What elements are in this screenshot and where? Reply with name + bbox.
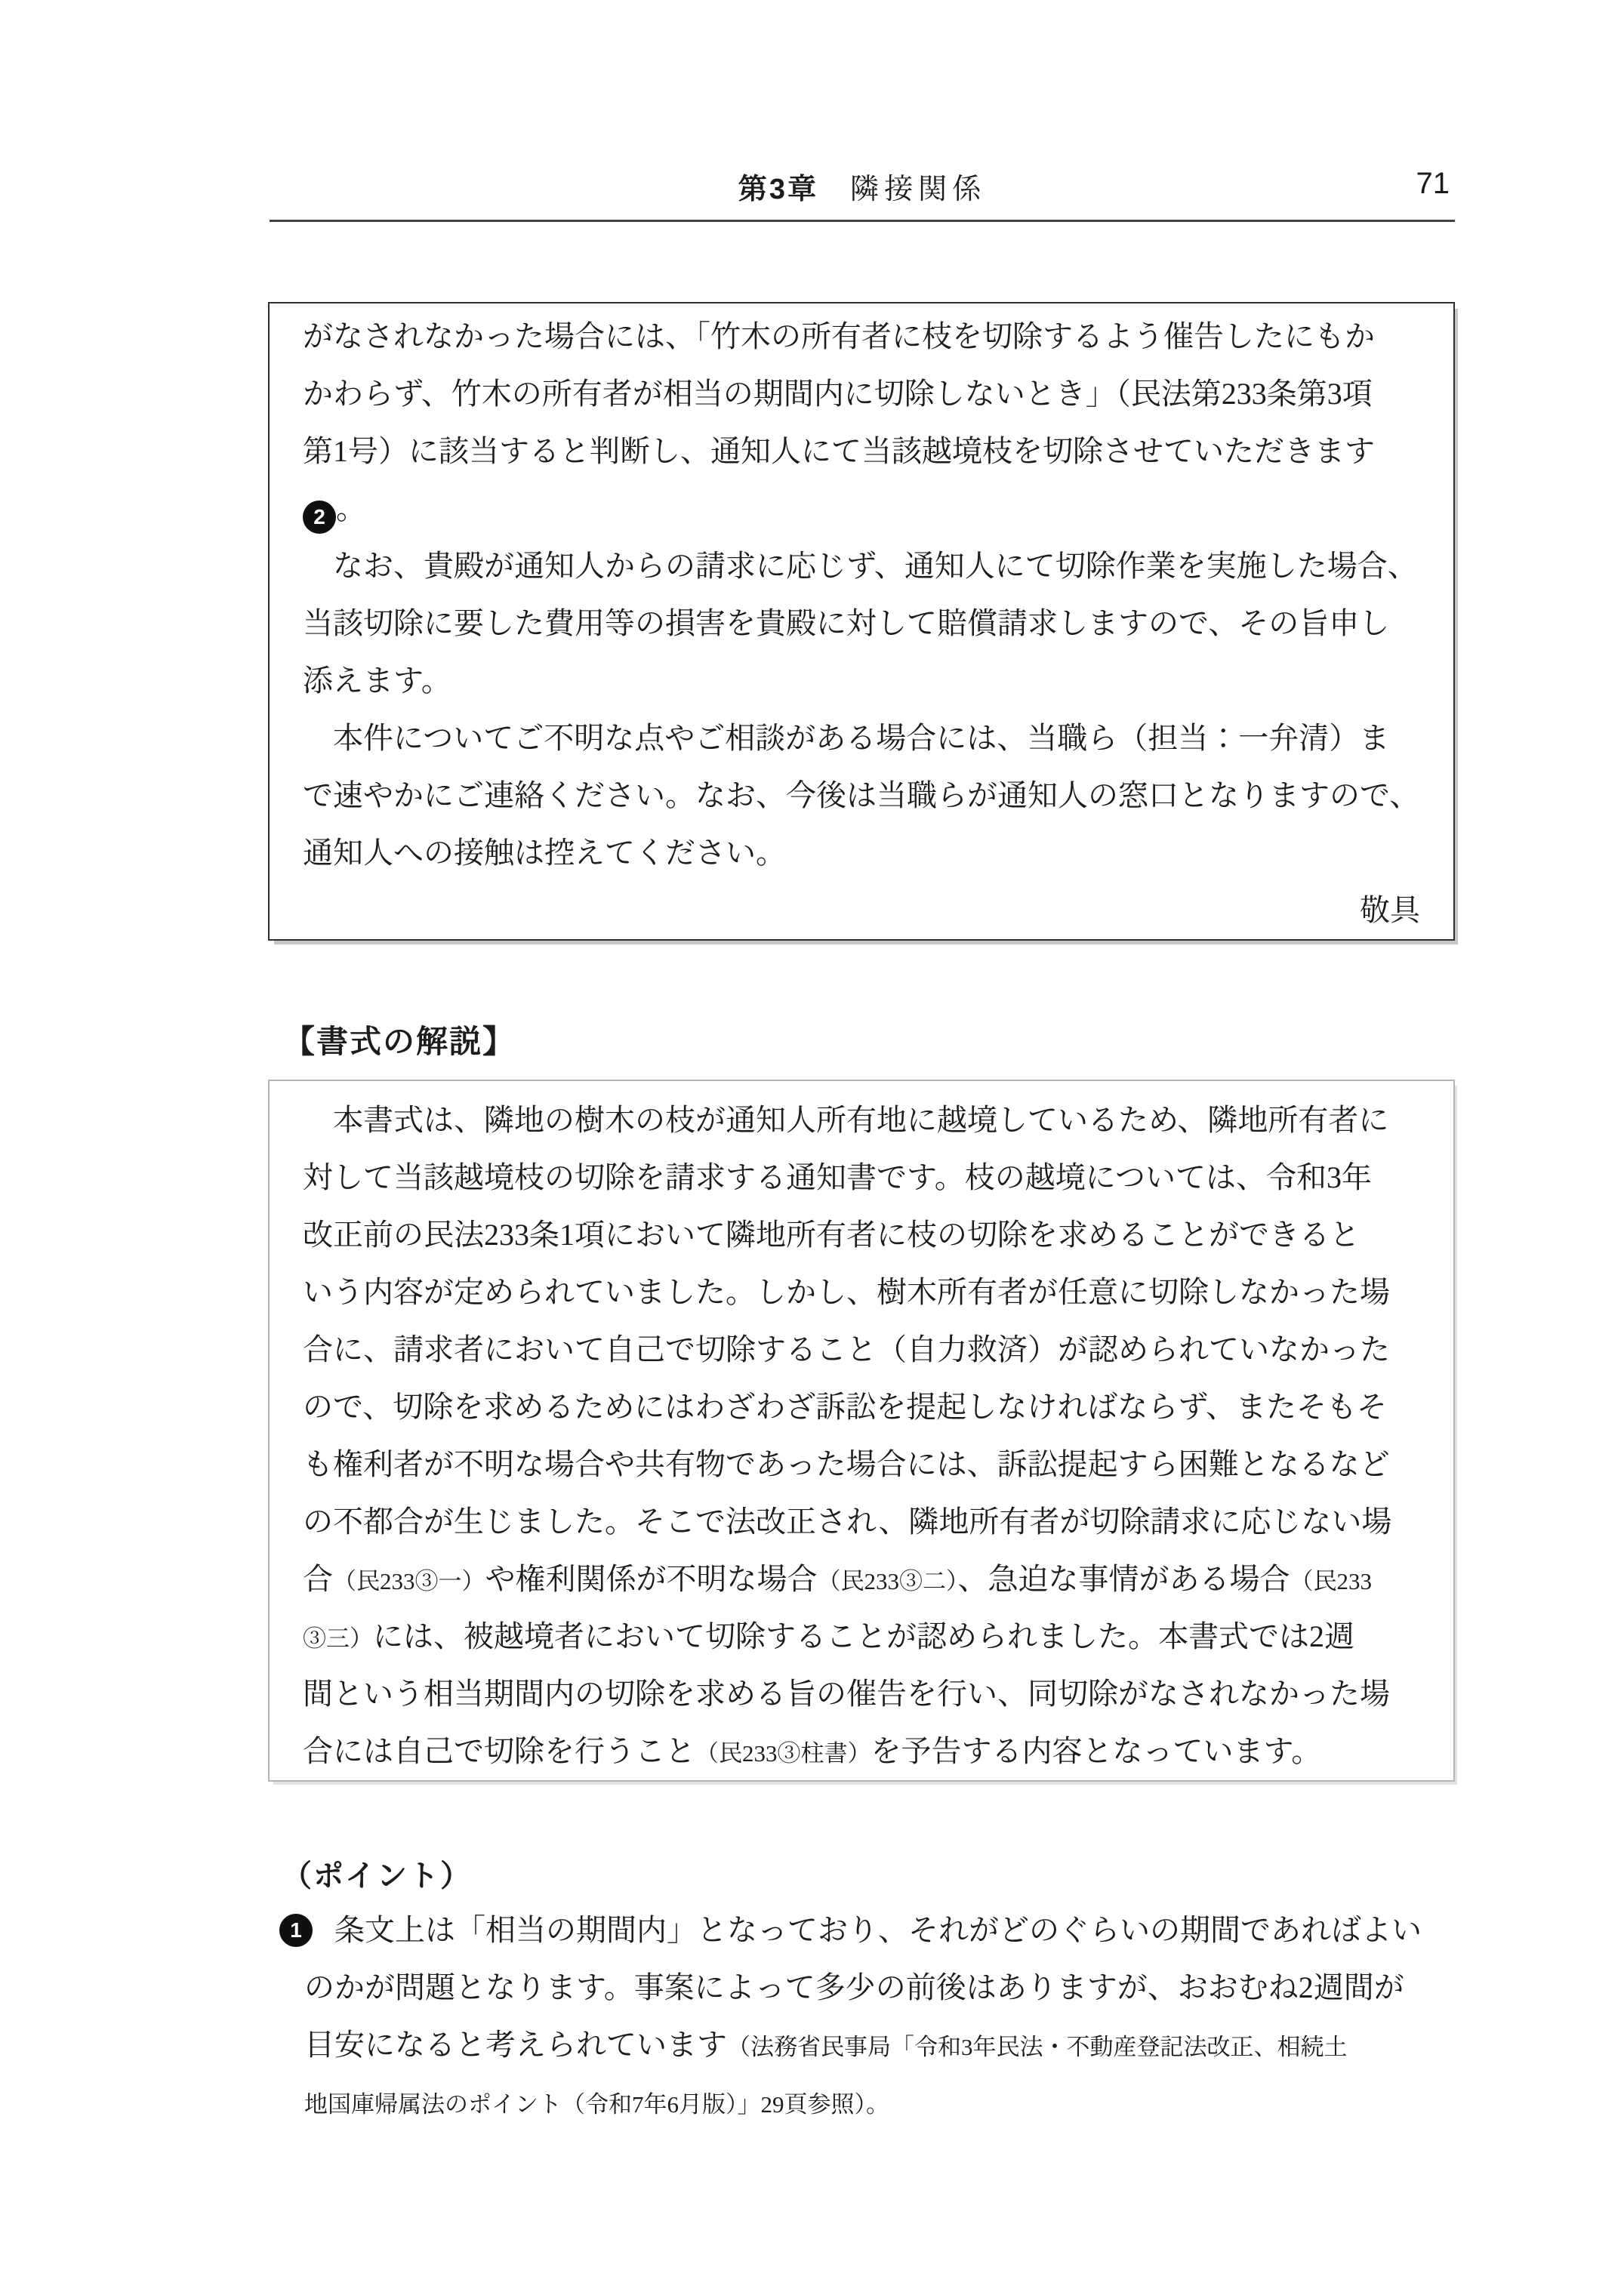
- body-text: 合には自己で切除を行うこと: [303, 1734, 695, 1768]
- body-text: 間という相当期間内の切除を求める旨の催告を行い、同切除がなされなかった場: [303, 1677, 1390, 1711]
- text-line: 当該切除に要した費用等の損害を貴殿に対して賠償請求しますので、その旨申し: [303, 595, 1420, 652]
- text-line: 地国庫帰属法のポイント（令和7年6月版）」29頁参照）。: [304, 2074, 1446, 2131]
- body-text: 第1号）に該当すると判断し、通知人にて当該越境枝を切除させていただきます: [303, 434, 1375, 468]
- body-text: のかが問題となります。事案によって多少の前後はありますが、おおむね2週間が: [304, 1970, 1404, 2004]
- text-line: 合（民233③一）や権利関係が不明な場合（民233③二）、急迫な事情がある場合（…: [303, 1551, 1420, 1608]
- body-text: 敬具: [1360, 893, 1420, 927]
- body-text: には、被越境者において切除することが認められました。本書式では2週: [373, 1619, 1354, 1653]
- small-reference-text: ③三）: [303, 1625, 373, 1652]
- body-text: なお、貴殿が通知人からの請求に応じず、通知人にて切除作業を実施した場合、: [303, 549, 1418, 583]
- text-line: 間という相当期間内の切除を求める旨の催告を行い、同切除がなされなかった場: [303, 1665, 1420, 1723]
- body-text: 合: [303, 1562, 333, 1596]
- small-reference-text: （民233③柱書）: [695, 1740, 871, 1767]
- text-line: 本書式は、隣地の樹木の枝が通知人所有地に越境しているため、隣地所有者に: [303, 1092, 1420, 1149]
- text-line: 本件についてご不明な点やご相談がある場合には、当職ら（担当：一弁清）ま: [303, 710, 1420, 767]
- text-line: なお、貴殿が通知人からの請求に応じず、通知人にて切除作業を実施した場合、: [303, 538, 1420, 595]
- point-1-text: 条文上は「相当の期間内」となっており、それがどのぐらいの期間であればよいのかが問…: [304, 1902, 1446, 2131]
- body-text: いう内容が定められていました。しかし、樹木所有者が任意に切除しなかった場: [303, 1275, 1390, 1309]
- small-reference-text: 地国庫帰属法のポイント（令和7年6月版）」29頁参照）。: [304, 2091, 889, 2118]
- format-explanation-box: 本書式は、隣地の樹木の枝が通知人所有地に越境しているため、隣地所有者に対して当該…: [268, 1080, 1455, 1782]
- small-reference-text: （法務省民事局「令和3年民法・不動産登記法改正、相続土: [727, 2034, 1348, 2060]
- text-line: も権利者が不明な場合や共有物であった場合には、訴訟提起すら困難となるなど: [303, 1436, 1420, 1493]
- text-line: 添えます。: [303, 652, 1420, 710]
- text-line: 通知人への接触は控えてください。: [303, 824, 1420, 882]
- text-line: で速やかにご連絡ください。なお、今後は当職らが通知人の窓口となりますので、: [303, 767, 1420, 824]
- chapter-name: 隣接関係: [850, 174, 986, 205]
- format-explanation-heading: 【書式の解説】: [283, 1017, 516, 1062]
- text-line: ので、切除を求めるためにはわざわざ訴訟を提起しなければならず、またそもそ: [303, 1379, 1420, 1436]
- text-line: ③三）には、被越境者において切除することが認められました。本書式では2週: [303, 1608, 1420, 1665]
- body-text: を予告する内容となっています。: [871, 1734, 1322, 1768]
- text-line: がなされなかった場合には、「竹木の所有者に枝を切除するよう催告したにもか: [303, 308, 1420, 365]
- text-line: のかが問題となります。事案によって多少の前後はありますが、おおむね2週間が: [304, 1959, 1446, 2016]
- text-line: 条文上は「相当の期間内」となっており、それがどのぐらいの期間であればよい: [304, 1902, 1446, 1959]
- body-text: 。: [336, 491, 366, 525]
- body-text: 当該切除に要した費用等の損害を貴殿に対して賠償請求しますので、その旨申し: [303, 606, 1389, 640]
- body-text: 対して当該越境枝の切除を請求する通知書です。枝の越境については、令和3年: [303, 1160, 1372, 1194]
- text-line: 2。: [303, 480, 1420, 538]
- text-line: 目安になると考えられています（法務省民事局「令和3年民法・不動産登記法改正、相続…: [304, 2016, 1446, 2074]
- body-text: で速やかにご連絡ください。なお、今後は当職らが通知人の窓口となりますので、: [303, 778, 1419, 812]
- text-line: 合には自己で切除を行うこと（民233③柱書）を予告する内容となっています。: [303, 1723, 1420, 1780]
- book-page: 第3章隣接関係 71 がなされなかった場合には、「竹木の所有者に枝を切除するよう…: [0, 0, 1624, 2292]
- header-rule: [270, 220, 1455, 222]
- body-text: 目安になると考えられています: [304, 2028, 727, 2062]
- body-text: 、急迫な事情がある場合: [958, 1562, 1290, 1596]
- text-line: 敬具: [303, 882, 1420, 939]
- body-text: の不都合が生じました。そこで法改正され、隣地所有者が切除請求に応じない場: [303, 1505, 1391, 1539]
- page-header-title: 第3章隣接関係: [270, 165, 1455, 207]
- text-line: 対して当該越境枝の切除を請求する通知書です。枝の越境については、令和3年: [303, 1149, 1420, 1206]
- small-reference-text: （民233③二）: [818, 1568, 958, 1594]
- text-line: かわらず、竹木の所有者が相当の期間内に切除しないとき」（民法第233条第3項: [303, 365, 1420, 423]
- body-text: 本書式は、隣地の樹木の枝が通知人所有地に越境しているため、隣地所有者に: [303, 1103, 1388, 1137]
- body-text: がなされなかった場合には、「竹木の所有者に枝を切除するよう催告したにもか: [303, 319, 1375, 353]
- point-item-1: 1 条文上は「相当の期間内」となっており、それがどのぐらいの期間であればよいのか…: [279, 1902, 1446, 2131]
- body-text: や権利関係が不明な場合: [485, 1562, 818, 1596]
- small-reference-text: （民233: [1290, 1568, 1373, 1594]
- page-number: 71: [1416, 167, 1450, 201]
- body-text: 添えます。: [303, 664, 451, 698]
- text-line: いう内容が定められていました。しかし、樹木所有者が任意に切除しなかった場: [303, 1264, 1420, 1321]
- body-text: 本件についてご不明な点やご相談がある場合には、当職ら（担当：一弁清）ま: [303, 721, 1389, 755]
- body-text: かわらず、竹木の所有者が相当の期間内に切除しないとき」（民法第233条第3項: [303, 377, 1373, 411]
- text-line: 合に、請求者において自己で切除すること（自力救済）が認められていなかった: [303, 1321, 1420, 1379]
- format-explanation-text: 本書式は、隣地の樹木の枝が通知人所有地に越境しているため、隣地所有者に対して当該…: [303, 1092, 1420, 1780]
- text-line: 第1号）に該当すると判断し、通知人にて当該越境枝を切除させていただきます: [303, 423, 1420, 480]
- points-heading: （ポイント）: [282, 1852, 472, 1895]
- notice-letter-text: がなされなかった場合には、「竹木の所有者に枝を切除するよう催告したにもかかわらず…: [303, 308, 1420, 939]
- body-text: 合に、請求者において自己で切除すること（自力救済）が認められていなかった: [303, 1332, 1390, 1366]
- circled-number-badge: 2: [303, 501, 336, 534]
- text-line: の不都合が生じました。そこで法改正され、隣地所有者が切除請求に応じない場: [303, 1493, 1420, 1551]
- circled-number-1-badge: 1: [279, 1914, 313, 1947]
- small-reference-text: （民233③一）: [333, 1568, 485, 1594]
- body-text: ので、切除を求めるためにはわざわざ訴訟を提起しなければならず、またそもそ: [303, 1390, 1387, 1424]
- notice-letter-box: がなされなかった場合には、「竹木の所有者に枝を切除するよう催告したにもかかわらず…: [268, 302, 1455, 941]
- body-text: も権利者が不明な場合や共有物であった場合には、訴訟提起すら困難となるなど: [303, 1447, 1390, 1481]
- body-text: 条文上は「相当の期間内」となっており、それがどのぐらいの期間であればよい: [334, 1913, 1422, 1947]
- body-text: 改正前の民法233条1項において隣地所有者に枝の切除を求めることができると: [303, 1218, 1360, 1252]
- text-line: 改正前の民法233条1項において隣地所有者に枝の切除を求めることができると: [303, 1206, 1420, 1264]
- chapter-number: 第3章: [738, 174, 818, 205]
- body-text: 通知人への接触は控えてください。: [303, 836, 786, 870]
